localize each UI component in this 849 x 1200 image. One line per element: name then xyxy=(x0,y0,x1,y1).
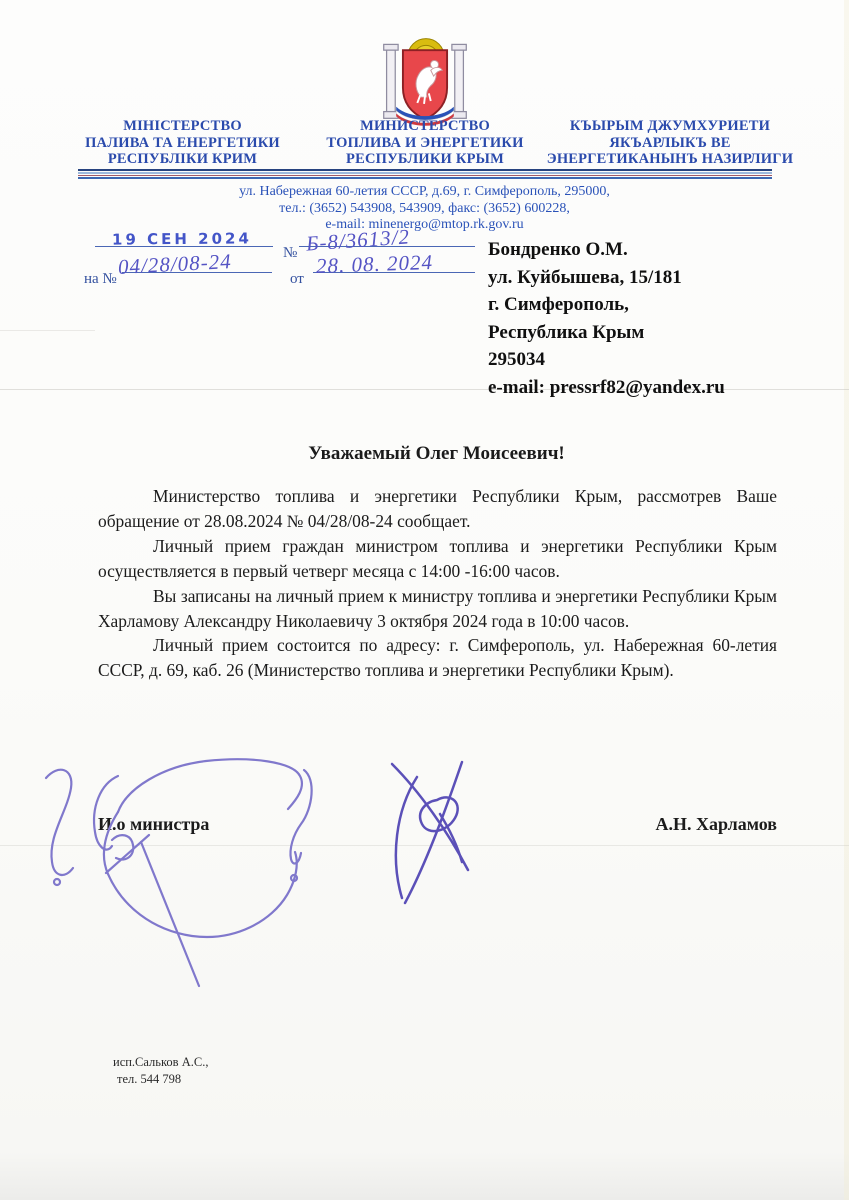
ministry-line: ТОПЛИВА И ЭНЕРГЕТИКИ xyxy=(305,135,545,152)
incoming-date-label: от xyxy=(290,271,304,288)
large-scribble-signature xyxy=(46,759,312,986)
ministry-line: РЕСПУБЛИКИ КРЫМ xyxy=(305,151,545,168)
recipient-city: г. Симферополь, xyxy=(488,291,725,319)
fold-crease xyxy=(0,330,95,331)
executor-phone: тел. 544 798 xyxy=(113,1071,208,1088)
ministry-line: МІНІСТЕРСТВО xyxy=(70,118,295,135)
ministry-line: ЯКЪАРЛЫКЪ ВЕ xyxy=(540,135,800,152)
recipient-street: ул. Куйбышева, 15/181 xyxy=(488,264,725,292)
signer-name: А.Н. Харламов xyxy=(656,814,777,835)
recipient-postcode: 295034 xyxy=(488,346,725,374)
recipient-region: Республика Крым xyxy=(488,319,725,347)
address-line: ул. Набережная 60-летия СССР, д.69, г. С… xyxy=(0,184,849,201)
ministry-line: МИНИСТЕРСТВО xyxy=(305,118,545,135)
recipient-name: Бондренко О.М. xyxy=(488,236,725,264)
ministry-contact-block: ул. Набережная 60-летия СССР, д.69, г. С… xyxy=(0,184,849,234)
executor-name: исп.Сальков А.С., xyxy=(113,1054,208,1071)
salutation: Уважаемый Олег Моисеевич! xyxy=(98,443,775,465)
ministry-line: РЕСПУБЛІКИ КРИМ xyxy=(70,151,295,168)
paragraph: Личный прием состоится по адресу: г. Сим… xyxy=(98,633,777,683)
crimea-coat-of-arms-icon xyxy=(367,30,483,126)
address-line: тел.: (3652) 543908, 543909, факс: (3652… xyxy=(0,201,849,218)
ministry-name-crimean-tatar: КЪЫРЫМ ДЖУМХУРИЕТИ ЯКЪАРЛЫКЪ ВЕ ЭНЕРГЕТИ… xyxy=(540,118,800,168)
minister-signature xyxy=(392,762,468,903)
ministry-name-russian: МИНИСТЕРСТВО ТОПЛИВА И ЭНЕРГЕТИКИ РЕСПУБ… xyxy=(305,118,545,168)
paragraph: Вы записаны на личный прием к министру т… xyxy=(98,584,777,634)
paragraph: Личный прием граждан министром топлива и… xyxy=(98,534,777,584)
fold-crease xyxy=(0,845,849,846)
executor-block: исп.Сальков А.С., тел. 544 798 xyxy=(113,1054,208,1088)
incoming-date-handwritten: 28. 08. 2024 xyxy=(316,250,434,279)
ministry-line: КЪЫРЫМ ДЖУМХУРИЕТИ xyxy=(540,118,800,135)
ref-blank-line xyxy=(95,246,273,247)
ministry-line: ПАЛИВА ТА ЕНЕРГЕТИКИ xyxy=(70,135,295,152)
outgoing-number-label: № xyxy=(283,245,297,262)
paragraph: Министерство топлива и энергетики Респуб… xyxy=(98,484,777,534)
recipient-block: Бондренко О.М. ул. Куйбышева, 15/181 г. … xyxy=(488,236,725,401)
recipient-email: e-mail: pressrf82@yandex.ru xyxy=(488,374,725,402)
ministry-line: ЭНЕРГЕТИКАНЫНЪ НАЗИРЛИГИ xyxy=(540,151,800,168)
scan-edge-shadow xyxy=(844,0,849,1200)
incoming-number-label: на № xyxy=(84,271,117,288)
letter-body: Министерство топлива и энергетики Респуб… xyxy=(98,484,777,683)
letterhead-divider xyxy=(78,169,772,179)
ministry-name-ukrainian: МІНІСТЕРСТВО ПАЛИВА ТА ЕНЕРГЕТИКИ РЕСПУБ… xyxy=(70,118,295,168)
incoming-number-handwritten: 04/28/08-24 xyxy=(117,249,232,280)
signer-position: И.о министра xyxy=(98,814,209,835)
scanned-letter-page: МІНІСТЕРСТВО ПАЛИВА ТА ЕНЕРГЕТИКИ РЕСПУБ… xyxy=(0,0,849,1200)
